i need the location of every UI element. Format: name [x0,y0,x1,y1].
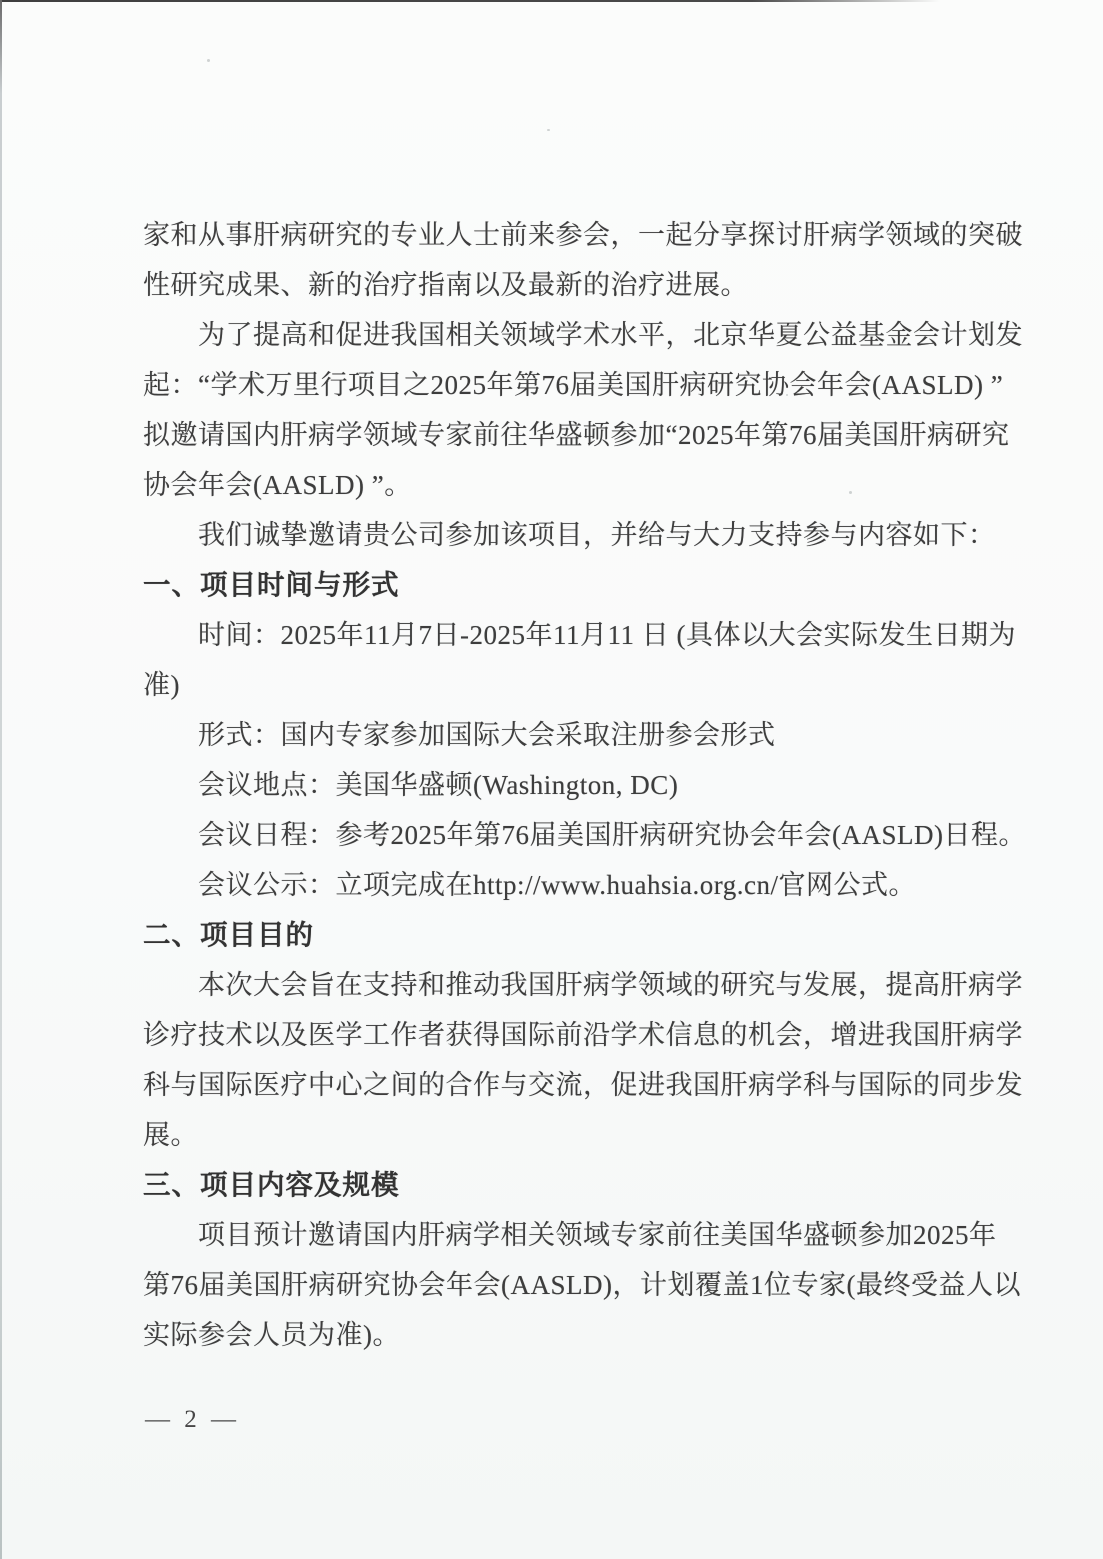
text-line: 准) [143,660,993,710]
text-line: 科与国际医疗中心之间的合作与交流，促进我国肝病学科与国际的同步发 [143,1060,993,1110]
section-heading-3: 三、项目内容及规模 [143,1160,993,1210]
page-number: — 2 — [145,1396,240,1444]
text-line: 我们诚挚邀请贵公司参加该项目，并给与大力支持参与内容如下： [143,510,993,560]
scanned-document-page: 家和从事肝病研究的专业人士前来参会，一起分享探讨肝病学领域的突破 性研究成果、新… [0,0,1103,1559]
text-line: 第76届美国肝病研究协会年会(AASLD)，计划覆盖1位专家(最终受益人以 [143,1260,993,1310]
text-line-publicity-url: 会议公示：立项完成在http://www.huahsia.org.cn/官网公式… [143,860,993,910]
text-line: 协会年会(AASLD) ”。 [143,460,993,510]
text-line-agenda: 会议日程：参考2025年第76届美国肝病研究协会年会(AASLD)日程。 [143,810,993,860]
section-heading-1: 一、项目时间与形式 [143,560,993,610]
text-line: 实际参会人员为准)。 [143,1310,993,1360]
text-line-format: 形式：国内专家参加国际大会采取注册参会形式 [143,710,993,760]
text-line-location: 会议地点：美国华盛顿(Washington, DC) [143,760,993,810]
text-line: 起：“学术万里行项目之2025年第76届美国肝病研究协会年会(AASLD) ” [143,360,993,410]
scan-edge-left-line [0,0,2,1559]
document-body: 家和从事肝病研究的专业人士前来参会，一起分享探讨肝病学领域的突破 性研究成果、新… [143,210,993,1360]
text-line: 为了提高和促进我国相关领域学术水平，北京华夏公益基金会计划发 [143,310,993,360]
text-line: 家和从事肝病研究的专业人士前来参会，一起分享探讨肝病学领域的突破 [143,210,993,260]
text-line: 展。 [143,1110,993,1160]
scan-edge-top-line [0,0,940,2]
text-line: 本次大会旨在支持和推动我国肝病学领域的研究与发展，提高肝病学 [143,960,993,1010]
text-line: 性研究成果、新的治疗指南以及最新的治疗进展。 [143,260,993,310]
section-heading-2: 二、项目目的 [143,910,993,960]
text-line: 拟邀请国内肝病学领域专家前往华盛顿参加“2025年第76届美国肝病研究 [143,410,993,460]
scan-speck [207,59,210,62]
text-line: 诊疗技术以及医学工作者获得国际前沿学术信息的机会，增进我国肝病学 [143,1010,993,1060]
text-line: 项目预计邀请国内肝病学相关领域专家前往美国华盛顿参加2025年 [143,1210,993,1260]
text-line-time: 时间：2025年11月7日-2025年11月11 日 (具体以大会实际发生日期为 [143,610,993,660]
scan-speck [547,129,550,131]
